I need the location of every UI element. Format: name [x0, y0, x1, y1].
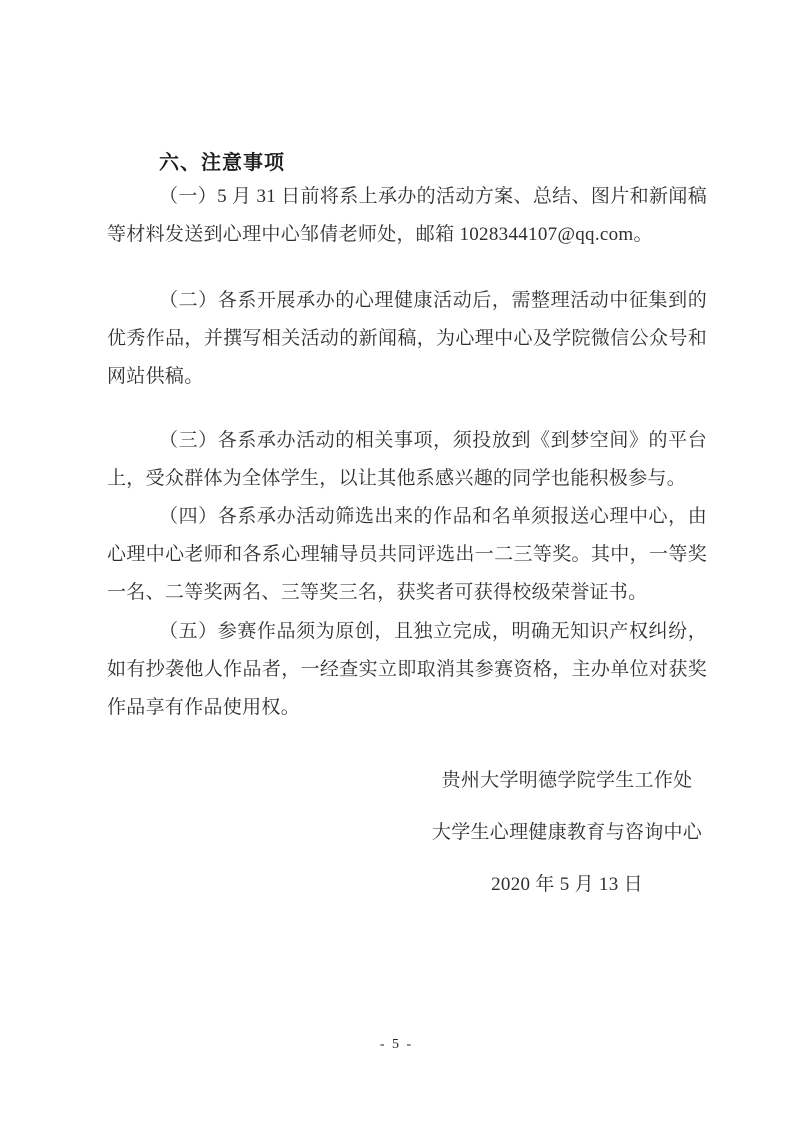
- paragraph-item-3: （三）各系承办活动的相关事项，须投放到《到梦空间》的平台上，受众群体为全体学生，…: [107, 422, 707, 498]
- paragraph-item-5: （五）参赛作品须为原创，且独立完成，明确无知识产权纠纷，如有抄袭他人作品者，一经…: [107, 613, 707, 727]
- document-page: 六、注意事项 （一）5 月 31 日前将系上承办的活动方案、总结、图片和新闻稿等…: [0, 0, 793, 1122]
- signature-org-line-2: 大学生心理健康教育与咨询中心: [427, 814, 707, 852]
- paragraph-item-1: （一）5 月 31 日前将系上承办的活动方案、总结、图片和新闻稿等材料发送到心理…: [107, 178, 707, 254]
- paragraph-item-4: （四）各系承办活动筛选出来的作品和名单须报送心理中心，由心理中心老师和各系心理辅…: [107, 498, 707, 612]
- section-heading: 六、注意事项: [107, 148, 707, 178]
- paragraph-item-2: （二）各系开展承办的心理健康活动后，需整理活动中征集到的优秀作品，并撰写相关活动…: [107, 282, 707, 396]
- signature-org-line-1: 贵州大学明德学院学生工作处: [427, 762, 707, 800]
- signature-block: 贵州大学明德学院学生工作处 大学生心理健康教育与咨询中心 2020 年 5 月 …: [427, 762, 707, 904]
- signature-date: 2020 年 5 月 13 日: [427, 866, 707, 904]
- page-number: - 5 -: [0, 1036, 793, 1054]
